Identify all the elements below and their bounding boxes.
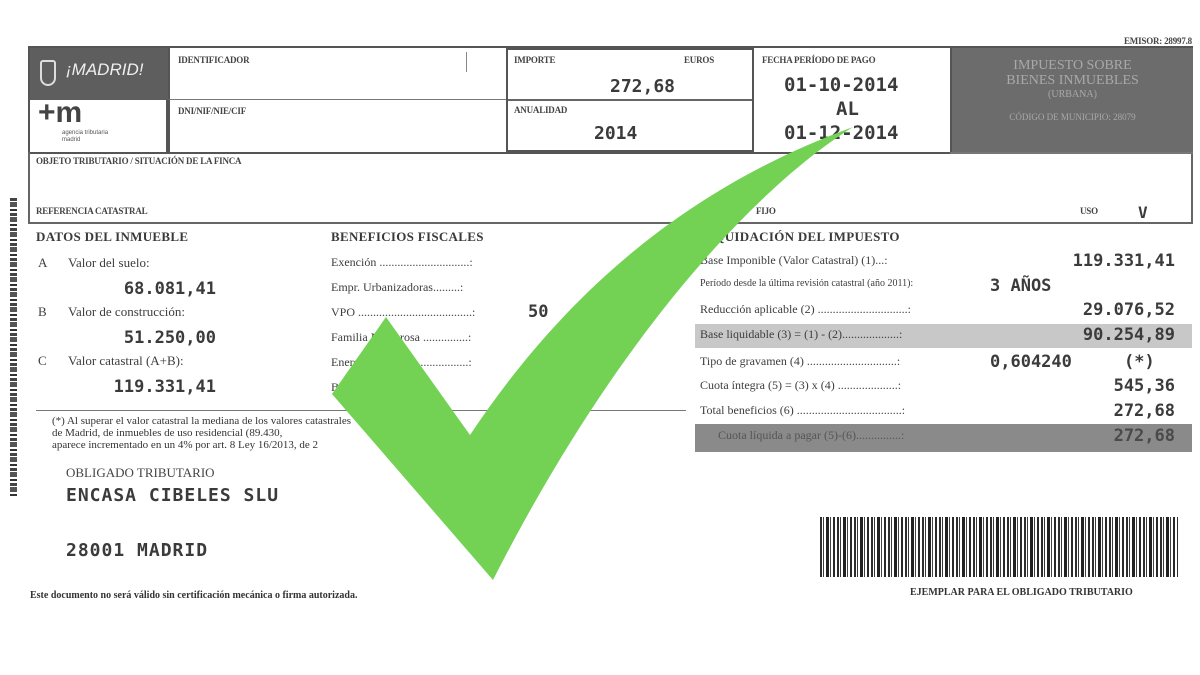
checkmark-icon	[0, 0, 1200, 675]
